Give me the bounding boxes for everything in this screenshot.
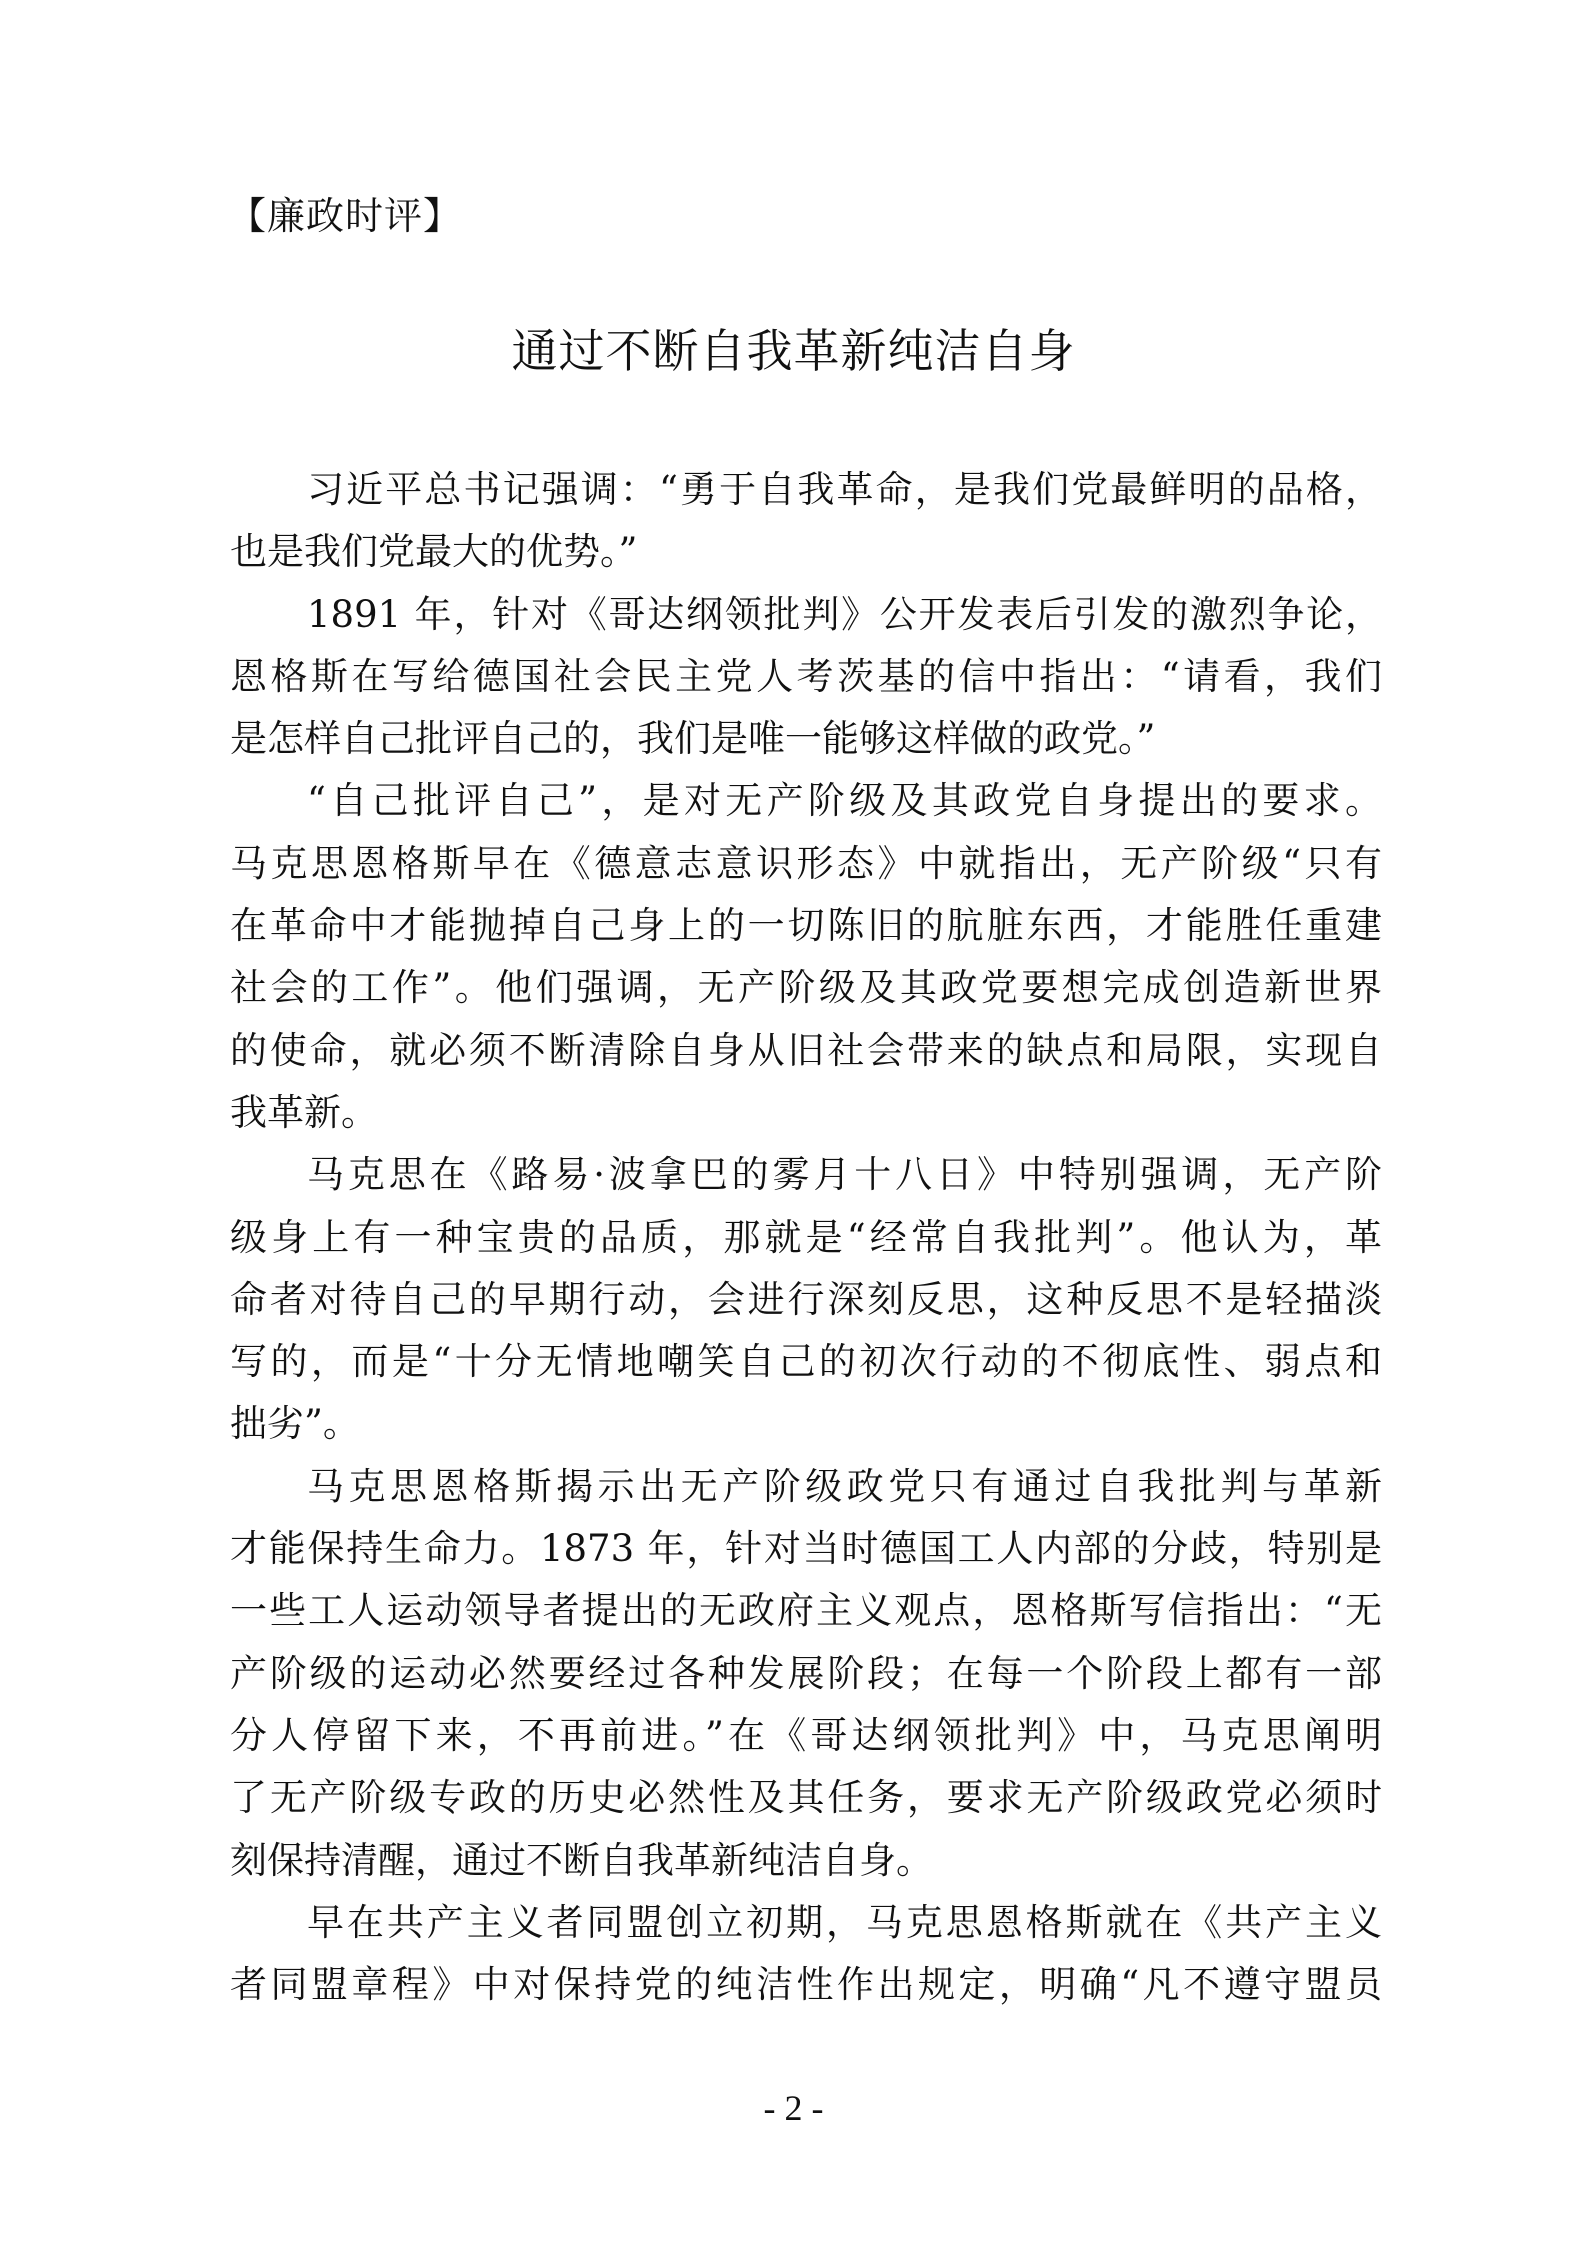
article-title: 通过不断自我革新纯洁自身 [0,322,1587,380]
page-number: - 2 - [0,2086,1587,2130]
paragraph-1-line: 习近平总书记强调：“勇于自我革命，是我们党最鲜明的品格， [230,459,1382,521]
paragraph-5-line: 产阶级的运动必然要经过各种发展阶段；在每一个阶段上都有一部 [230,1643,1382,1705]
section-tag: 【廉政时评】 [228,192,462,240]
paragraph-5-line: 刻保持清醒，通过不断自我革新纯洁自身。 [230,1830,1382,1892]
paragraph-1-line: 也是我们党最大的优势。” [230,521,1382,583]
paragraph-6-line: 者同盟章程》中对保持党的纯洁性作出规定，明确“凡不遵守盟员 [230,1954,1382,2016]
paragraph-2-line: 是怎样自己批评自己的，我们是唯一能够这样做的政党。” [230,708,1382,770]
paragraph-3-line: 马克思恩格斯早在《德意志意识形态》中就指出，无产阶级“只有 [230,833,1382,895]
paragraph-5-line: 马克思恩格斯揭示出无产阶级政党只有通过自我批判与革新 [230,1456,1382,1518]
paragraph-3-line: 社会的工作”。他们强调，无产阶级及其政党要想完成创造新世界 [230,957,1382,1019]
paragraph-5-line: 才能保持生命力。1873 年，针对当时德国工人内部的分歧，特别是 [230,1518,1382,1580]
paragraph-4-line: 写的，而是“十分无情地嘲笑自己的初次行动的不彻底性、弱点和 [230,1331,1382,1393]
paragraph-5-line: 分人停留下来，不再前进。”在《哥达纲领批判》中，马克思阐明 [230,1705,1382,1767]
paragraph-4-line: 级身上有一种宝贵的品质，那就是“经常自我批判”。他认为，革 [230,1207,1382,1269]
paragraph-3-line: “自己批评自己”，是对无产阶级及其政党自身提出的要求。 [230,770,1382,832]
document-page: 【廉政时评】 通过不断自我革新纯洁自身 习近平总书记强调：“勇于自我革命，是我们… [0,0,1587,2245]
paragraph-3-line: 在革命中才能抛掉自己身上的一切陈旧的肮脏东西，才能胜任重建 [230,895,1382,957]
paragraph-4-line: 马克思在《路易·波拿巴的雾月十八日》中特别强调，无产阶 [230,1144,1382,1206]
paragraph-4-line: 命者对待自己的早期行动，会进行深刻反思，这种反思不是轻描淡 [230,1269,1382,1331]
paragraph-5-line: 了无产阶级专政的历史必然性及其任务，要求无产阶级政党必须时 [230,1767,1382,1829]
paragraph-3-line: 的使命，就必须不断清除自身从旧社会带来的缺点和局限，实现自 [230,1020,1382,1082]
paragraph-4-line: 拙劣”。 [230,1393,1382,1455]
paragraph-2-line: 恩格斯在写给德国社会民主党人考茨基的信中指出：“请看，我们 [230,646,1382,708]
paragraph-3-line: 我革新。 [230,1082,1382,1144]
paragraph-2-line: 1891 年，针对《哥达纲领批判》公开发表后引发的激烈争论， [230,584,1382,646]
paragraph-5-line: 一些工人运动领导者提出的无政府主义观点，恩格斯写信指出：“无 [230,1580,1382,1642]
paragraph-6-line: 早在共产主义者同盟创立初期，马克思恩格斯就在《共产主义 [230,1892,1382,1954]
article-body: 习近平总书记强调：“勇于自我革命，是我们党最鲜明的品格， 也是我们党最大的优势。… [230,459,1382,2016]
